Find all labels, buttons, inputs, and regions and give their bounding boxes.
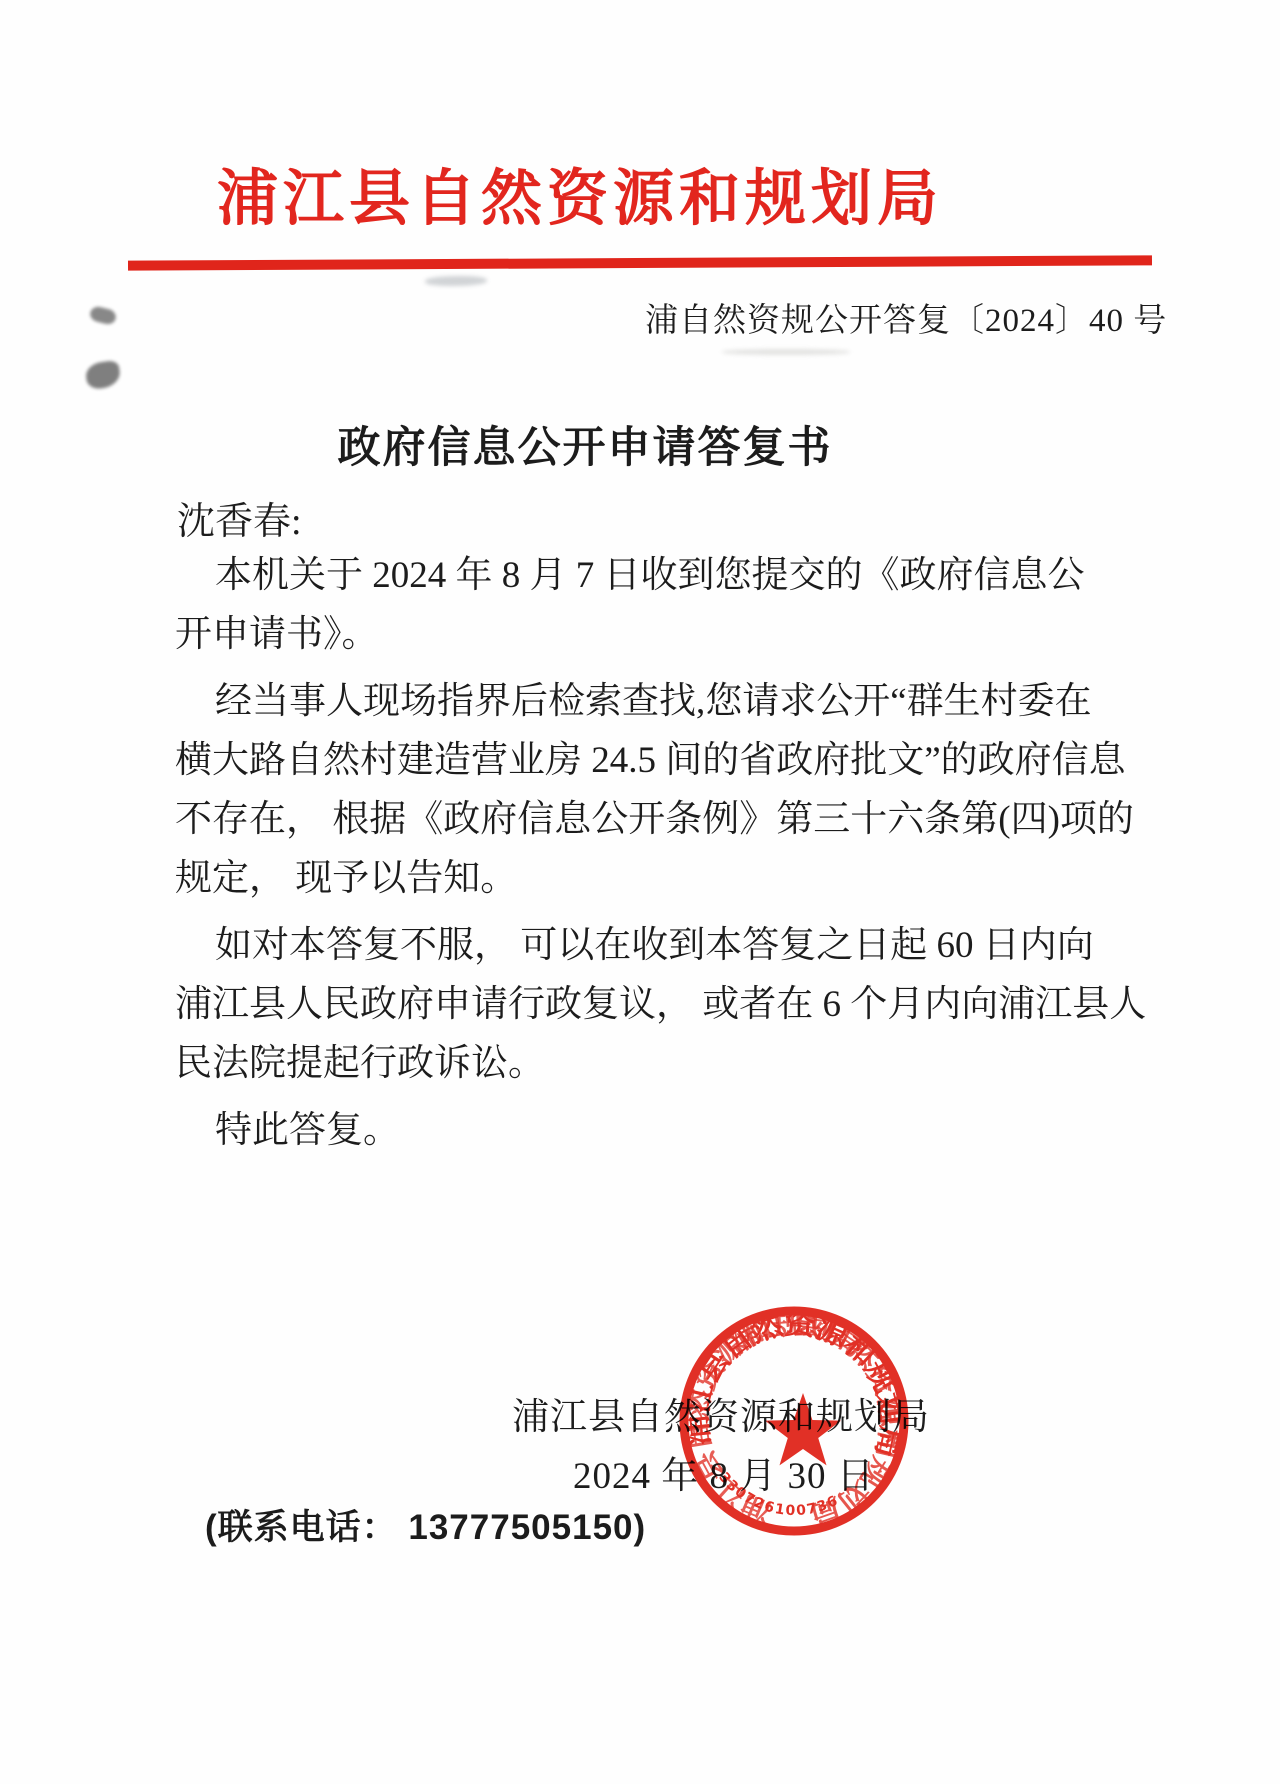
body-paragraph: 本机关于 2024 年 8 月 7 日收到您提交的《政府信息公 开申请书》。: [175, 546, 1090, 664]
body-line: 本机关于 2024 年 8 月 7 日收到您提交的《政府信息公: [175, 546, 1090, 605]
ink-smudge: [722, 349, 850, 355]
agency-header-title: 浦江县自然资源和规划局: [0, 150, 1160, 237]
body-line: 经当事人现场指界后检索查找,您请求公开“群生村委在: [175, 672, 1090, 731]
official-seal-stamp: 浦江县自然资源和规划局 浦江县自然资源和规划局 浦江县自然资源和规划局 3307…: [676, 1300, 916, 1544]
letter-body: 本机关于 2024 年 8 月 7 日收到您提交的《政府信息公 开申请书》。 经…: [175, 546, 1090, 1168]
body-line: 不存在， 根据《政府信息公开条例》第三十六条第(四)项的: [175, 790, 1090, 849]
contact-phone: (联系电话： 13777505150): [205, 1500, 646, 1550]
document-title: 政府信息公开申请答复书: [0, 414, 1170, 475]
body-line: 开申请书》。: [175, 605, 1090, 664]
ink-smudge: [89, 305, 118, 326]
header-divider: [128, 255, 1152, 270]
body-line: 如对本答复不服， 可以在收到本答复之日起 60 日内向: [175, 916, 1090, 975]
body-line: 特此答复。: [175, 1101, 1090, 1160]
salutation: 沈香春:: [177, 490, 302, 545]
document-number: 浦自然资规公开答复〔2024〕40 号: [645, 294, 1167, 341]
ink-smudge: [425, 275, 487, 286]
body-paragraph: 经当事人现场指界后检索查找,您请求公开“群生村委在 横大路自然村建造营业房 24…: [175, 672, 1090, 908]
body-line: 横大路自然村建造营业房 24.5 间的省政府批文”的政府信息: [175, 731, 1090, 790]
ink-smudge: [84, 360, 121, 390]
body-line: 规定， 现予以告知。: [175, 849, 1090, 908]
body-line: 民法院提起行政诉讼。: [175, 1034, 1090, 1093]
body-paragraph: 如对本答复不服， 可以在收到本答复之日起 60 日内向 浦江县人民政府申请行政复…: [175, 916, 1090, 1093]
body-paragraph: 特此答复。: [175, 1101, 1090, 1160]
body-line: 浦江县人民政府申请行政复议， 或者在 6 个月内向浦江县人: [175, 975, 1090, 1034]
scanned-letter-page: 浦江县自然资源和规划局 浦自然资规公开答复〔2024〕40 号 政府信息公开申请…: [0, 0, 1280, 1784]
star-icon: [765, 1393, 841, 1465]
